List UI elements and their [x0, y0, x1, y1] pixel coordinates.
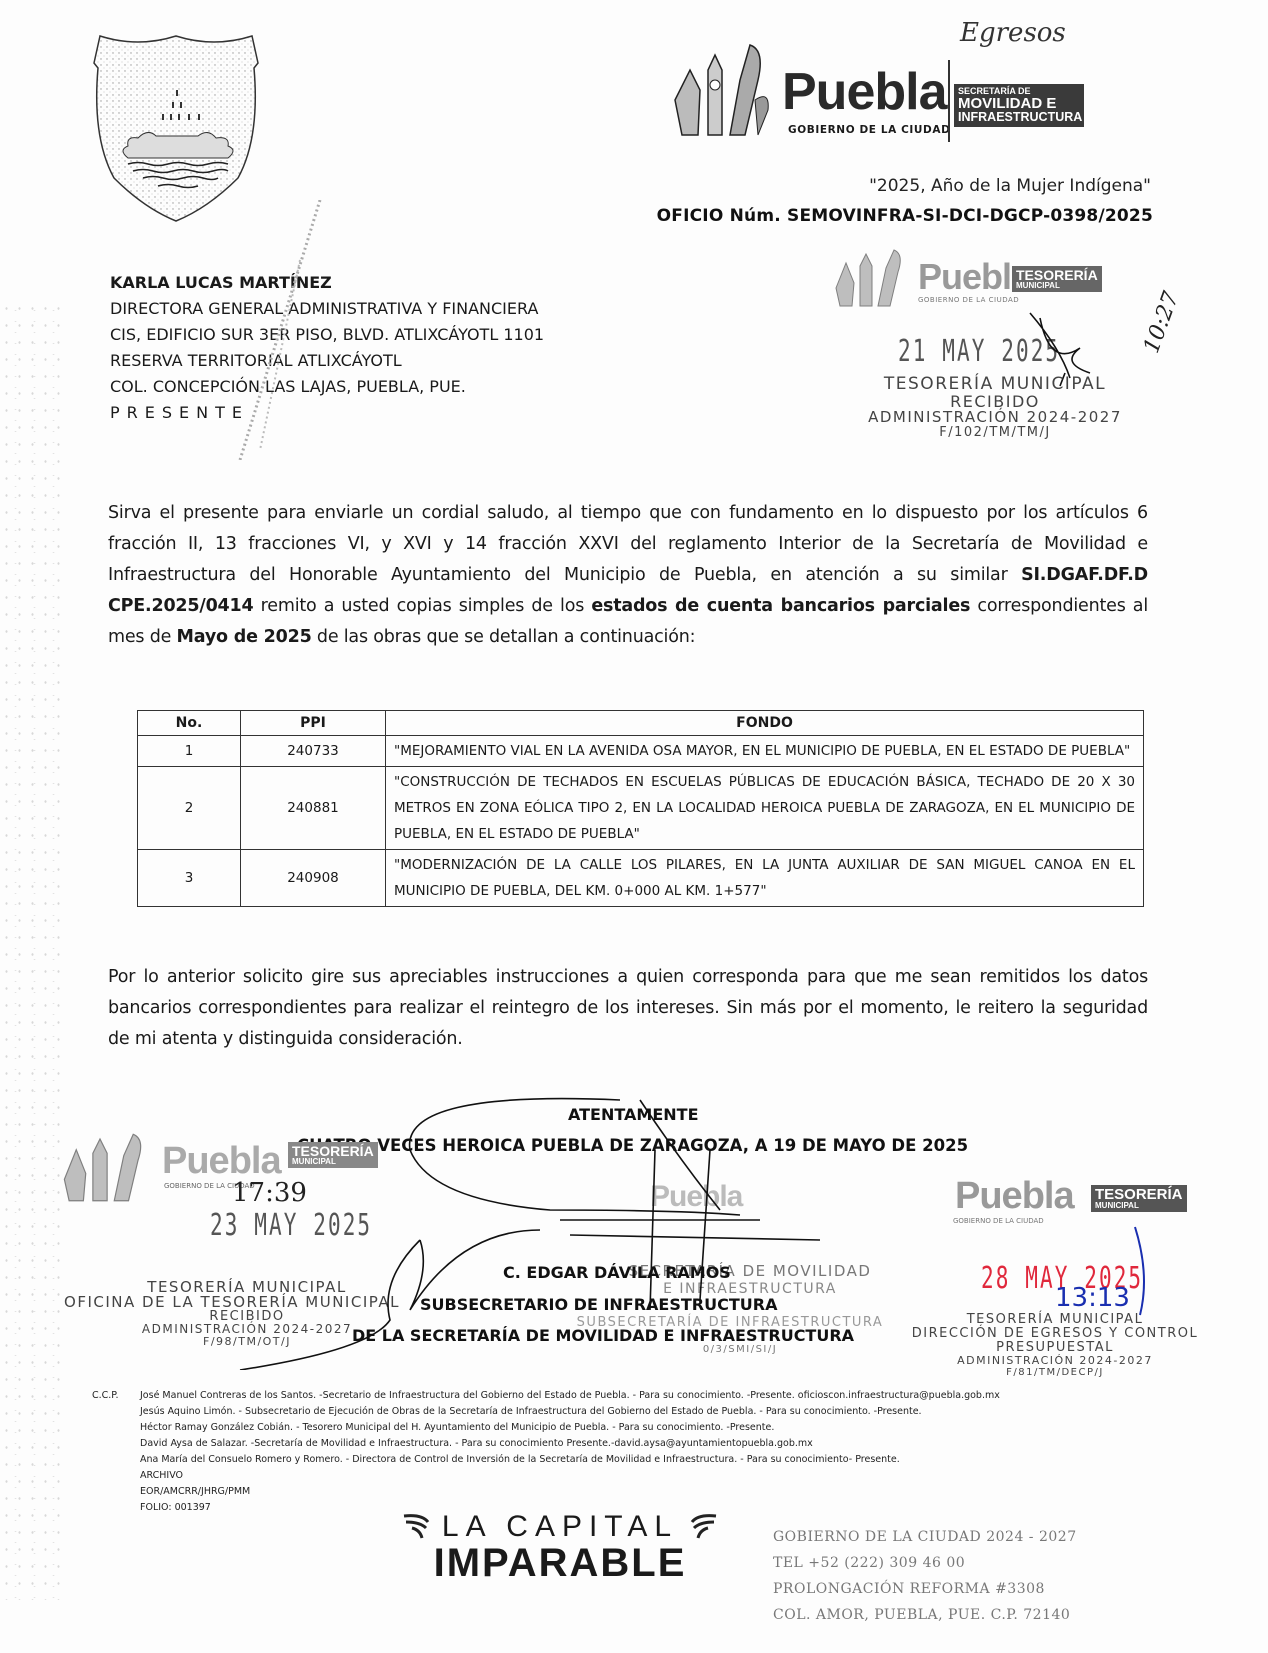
col-header-fondo: FONDO [386, 711, 1144, 736]
cc-item: Héctor Ramay González Cobián. - Tesorero… [140, 1420, 1000, 1436]
cell-fondo: "CONSTRUCCIÓN DE TECHADOS EN ESCUELAS PÚ… [386, 767, 1144, 850]
stamp-line4: F/102/TM/TM/J [830, 426, 1160, 440]
cell-no: 3 [138, 850, 241, 907]
scan-noise-margin [0, 300, 70, 1600]
body-paragraph-1: Sirva el presente para enviarle un cordi… [108, 498, 1148, 653]
signature-scribble [120, 1080, 1070, 1370]
stamp-logo-monuments-icon [834, 248, 914, 308]
ccp-label: C.C.P. [92, 1388, 119, 1404]
p1-text-a: Sirva el presente para enviarle un cordi… [108, 503, 1148, 585]
blue-ink-stroke-icon [1125, 1225, 1155, 1325]
p1-bold-statements: estados de cuenta bancarios parciales [591, 596, 970, 616]
secretaria-badge: SECRETARÍA DE MOVILIDAD E INFRAESTRUCTUR… [954, 84, 1084, 127]
brand-line-1: LA CAPITAL [410, 1510, 710, 1544]
col-header-ppi: PPI [241, 711, 386, 736]
handwritten-egresos-note: Egresos [960, 18, 1066, 48]
treasury-received-stamp-1: Puebla GOBIERNO DE LA CIUDAD TESORERÍA M… [830, 248, 1180, 448]
stamp-tesoreria-badge: TESORERÍA MUNICIPAL [1091, 1185, 1187, 1212]
works-table: No. PPI FONDO 1 240733 "MEJORAMIENTO VIA… [137, 710, 1144, 907]
oficio-number: OFICIO Núm. SEMOVINFRA-SI-DCI-DGCP-0398/… [657, 206, 1153, 226]
archivo-label: ARCHIVO [140, 1468, 1000, 1484]
stamp-tesoreria-badge: TESORERÍA MUNICIPAL [1012, 266, 1102, 292]
cell-ppi: 240733 [241, 736, 386, 767]
stamp-badge-line1: TESORERÍA [1095, 1187, 1183, 1202]
stamp-badge-line2: MUNICIPAL [1016, 282, 1098, 290]
footer-city: COL. AMOR, PUEBLA, PUE. C.P. 72140 [773, 1602, 1077, 1628]
cell-fondo: "MODERNIZACIÓN DE LA CALLE LOS PILARES, … [386, 850, 1144, 907]
cell-ppi: 240908 [241, 850, 386, 907]
cc-item: José Manuel Contreras de los Santos. -Se… [140, 1388, 1000, 1404]
stamp-badge-line1: TESORERÍA [1016, 268, 1098, 282]
cell-ppi: 240881 [241, 767, 386, 850]
cc-item: Jesús Aquino Limón. - Subsecretario de E… [140, 1404, 1000, 1420]
initials: EOR/AMCRR/JHRG/PMM [140, 1484, 1000, 1500]
p1-text-d: de las obras que se detallan a continuac… [312, 627, 696, 647]
capital-imparable-brand: LA CAPITAL IMPARABLE [410, 1510, 710, 1582]
secretaria-line3: INFRAESTRUCTURA [958, 111, 1080, 124]
stamp-logo-subtitle: GOBIERNO DE LA CIUDAD [918, 296, 1019, 304]
handwritten-time: 10:27 [1139, 288, 1184, 356]
logo-divider [948, 60, 950, 142]
footer-gov-period: GOBIERNO DE LA CIUDAD 2024 - 2027 [773, 1524, 1077, 1550]
right-wing-icon [688, 1512, 718, 1542]
puebla-monuments-icon [670, 40, 780, 140]
puebla-wordmark: Puebla [782, 62, 947, 122]
cell-fondo: "MEJORAMIENTO VIAL EN LA AVENIDA OSA MAY… [386, 736, 1144, 767]
logo-subtitle: GOBIERNO DE LA CIUDAD [788, 124, 950, 136]
stamp-line3: ADMINISTRACIÓN 2024-2027 [830, 410, 1160, 426]
year-motto: "2025, Año de la Mujer Indígena" [869, 176, 1151, 196]
puebla-secretaria-logo: Puebla GOBIERNO DE LA CIUDAD SECRETARÍA … [670, 40, 1150, 150]
left-wing-icon [402, 1512, 432, 1542]
p1-month: Mayo de 2025 [177, 627, 312, 647]
diagonal-scan-mark [230, 200, 330, 460]
brand-line-2: IMPARABLE [410, 1544, 710, 1582]
footer-phone: TEL +52 (222) 309 46 00 [773, 1550, 1077, 1576]
cell-no: 1 [138, 736, 241, 767]
table-row: 2 240881 "CONSTRUCCIÓN DE TECHADOS EN ES… [138, 767, 1144, 850]
col-header-no: No. [138, 711, 241, 736]
body-paragraph-2: Por lo anterior solicito gire sus apreci… [108, 962, 1148, 1055]
city-shield-emblem [88, 28, 263, 223]
cc-list: C.C.P. José Manuel Contreras de los Sant… [92, 1388, 1000, 1516]
cc-item: David Aysa de Salazar. -Secretaría de Mo… [140, 1436, 1000, 1452]
stamp-badge-line2: MUNICIPAL [1095, 1202, 1183, 1210]
secretaria-line2: MOVILIDAD E [958, 96, 1080, 111]
cell-no: 2 [138, 767, 241, 850]
table-row: 3 240908 "MODERNIZACIÓN DE LA CALLE LOS … [138, 850, 1144, 907]
table-row: 1 240733 "MEJORAMIENTO VIAL EN LA AVENID… [138, 736, 1144, 767]
p1-text-b: remito a usted copias simples de los [253, 596, 591, 616]
cc-item: Ana María del Consuelo Romero y Romero. … [140, 1452, 1000, 1468]
table-header-row: No. PPI FONDO [138, 711, 1144, 736]
footer-street: PROLONGACIÓN REFORMA #3308 [773, 1576, 1077, 1602]
footer-contact-info: GOBIERNO DE LA CIUDAD 2024 - 2027 TEL +5… [773, 1524, 1077, 1628]
